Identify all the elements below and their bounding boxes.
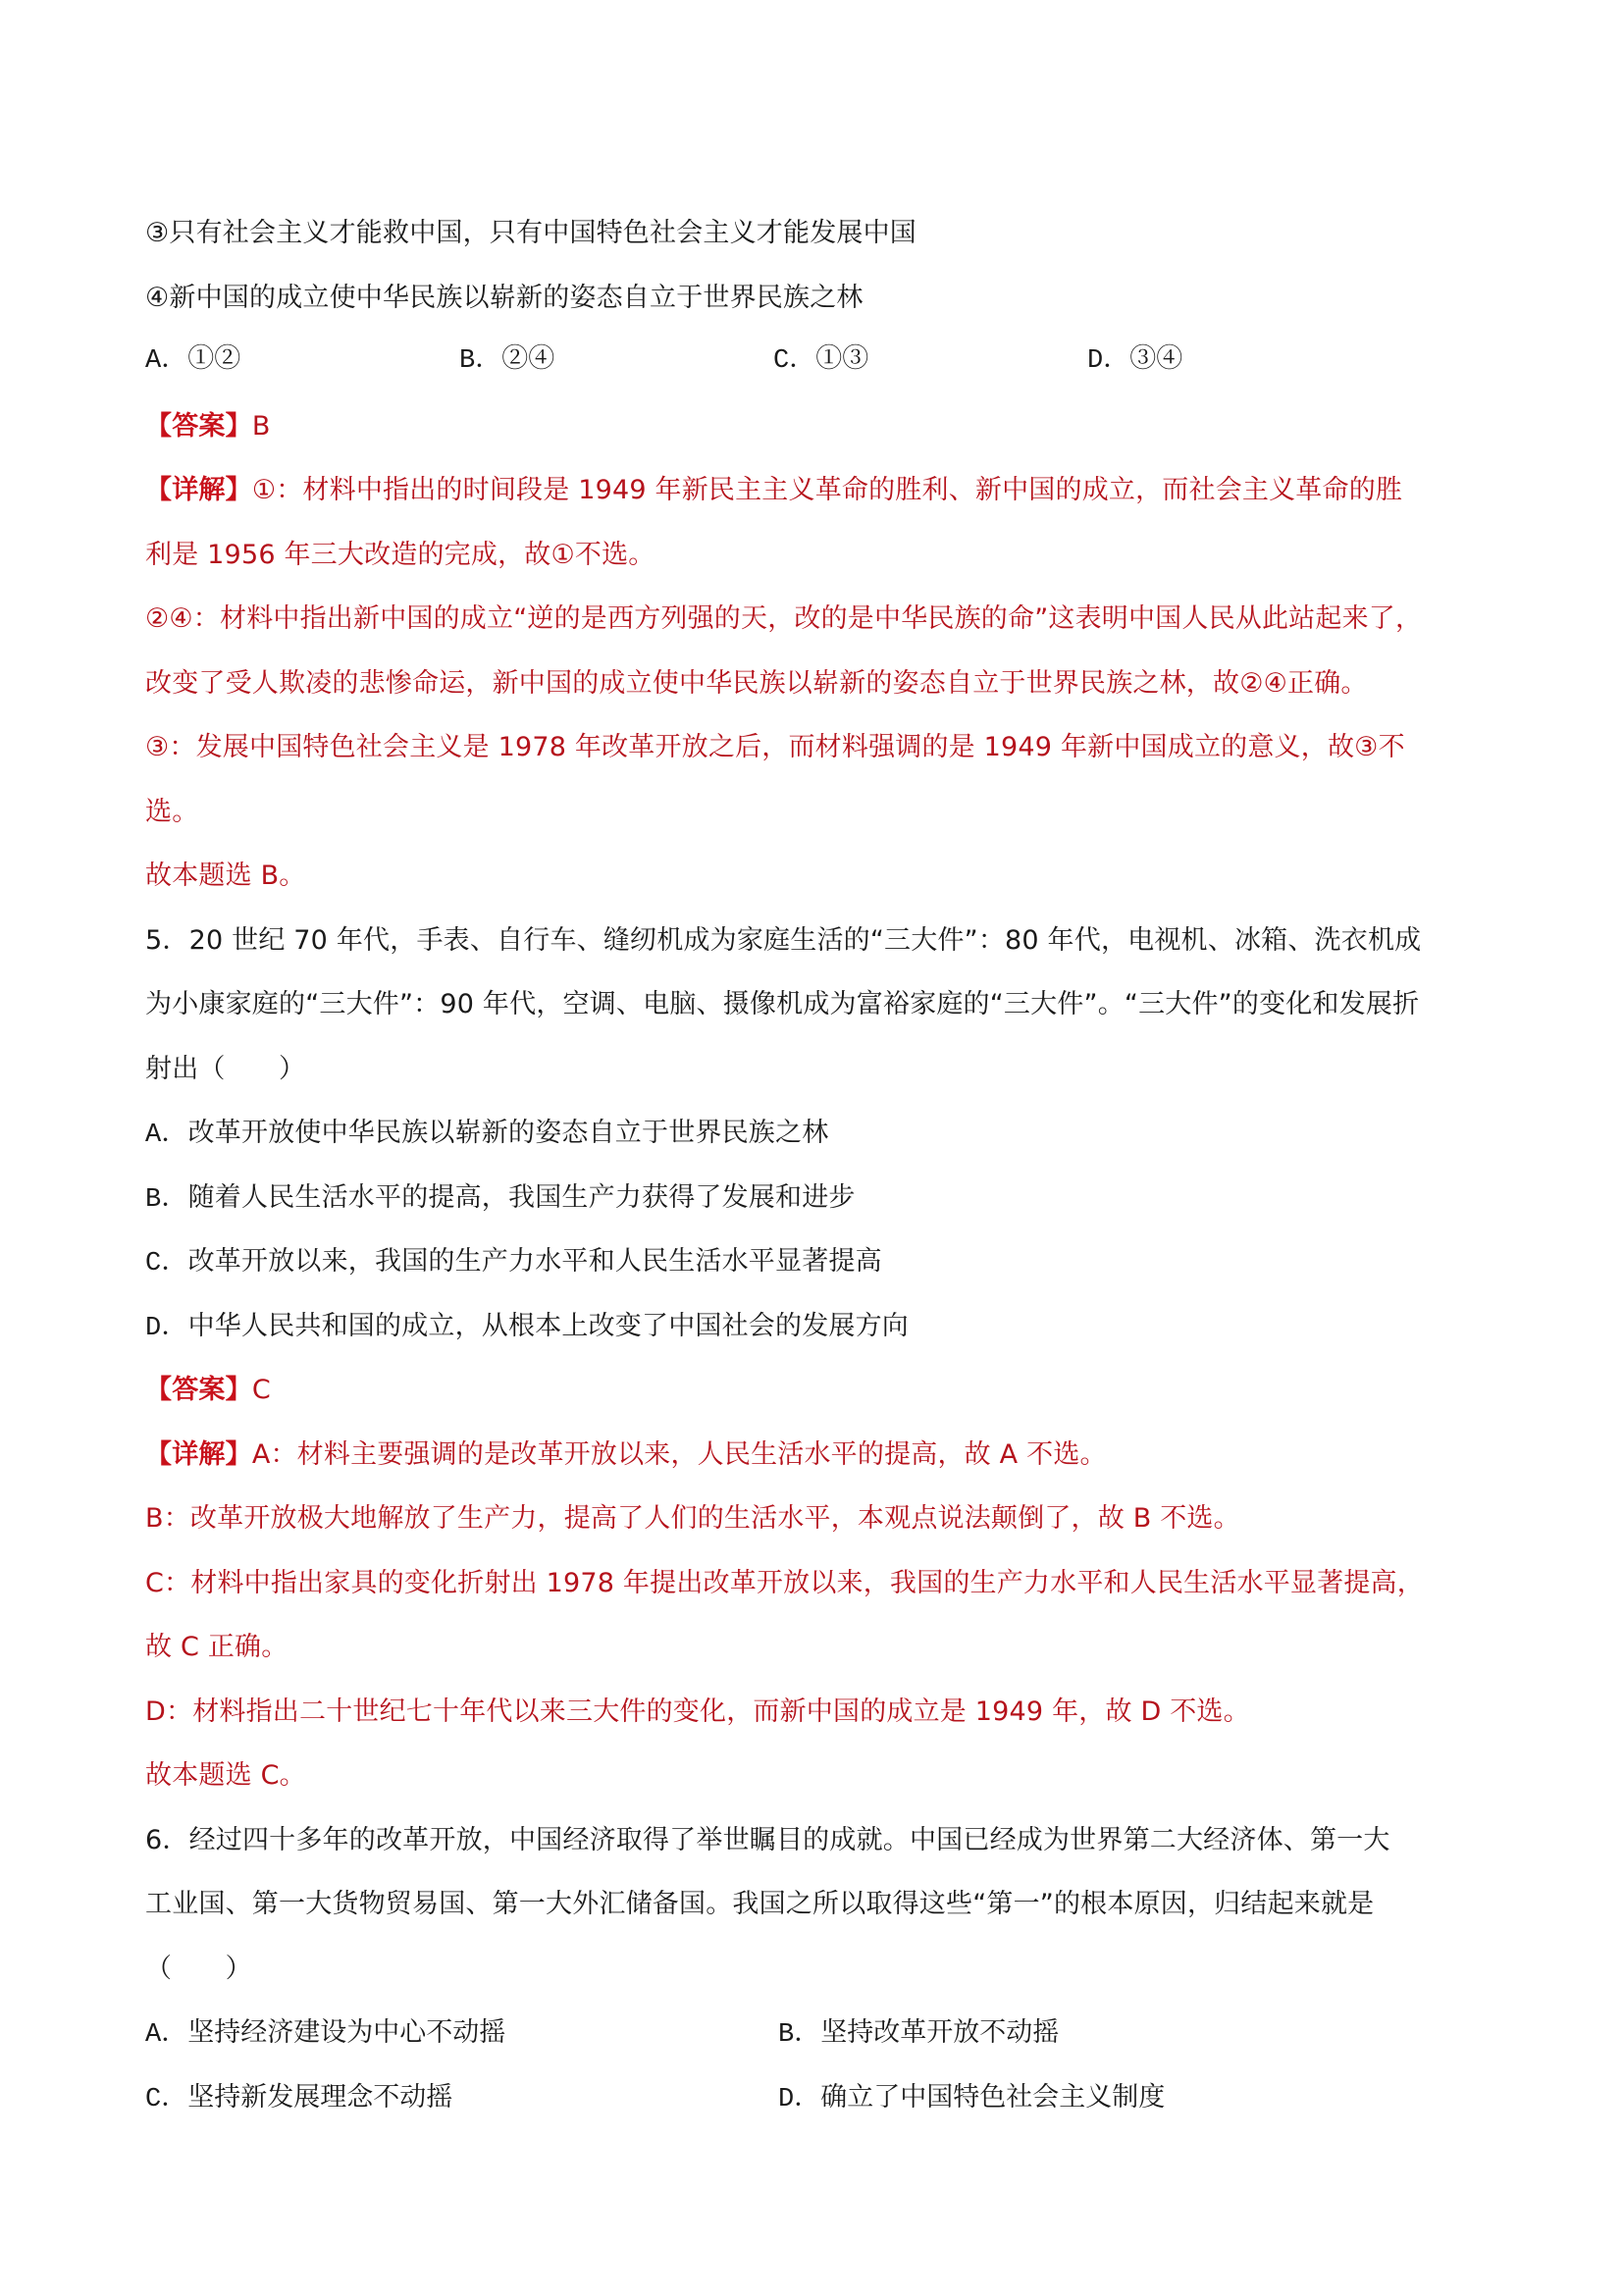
option-letter: C． (773, 346, 815, 376)
option-letter: C． (145, 2085, 187, 2114)
detail-text: A：材料主要强调的是改革开放以来，人民生活水平的提高，故 A 不选。 (252, 1439, 1107, 1470)
document-page: ③只有社会主义才能救中国，只有中国特色社会主义才能发展中国 ④新中国的成立使中华… (145, 201, 1490, 2129)
option-letter: A． (145, 2020, 187, 2050)
q4-option-c: C．①③ (773, 330, 1087, 394)
answer-value: B (252, 411, 271, 442)
option-letter: A． (145, 1121, 188, 1150)
q5-stem-line-3: 射出（ ） (145, 1037, 1490, 1102)
option-text: 坚持改革开放不动摇 (820, 2017, 1059, 2048)
option-text: ③④ (1129, 346, 1182, 376)
q4-detail-line-3: ②④：材料中指出新中国的成立“逆的是西方列强的天，改的是中华民族的命”这表明中国… (145, 587, 1490, 652)
answer-label: 【答案】 (145, 411, 252, 442)
q5-option-c: C．改革开放以来，我国的生产力水平和人民生活水平显著提高 (145, 1229, 1490, 1294)
option-text: 确立了中国特色社会主义制度 (820, 2082, 1165, 2113)
option-text: ②④ (501, 346, 554, 376)
detail-text: ①：材料中指出的时间段是 1949 年新民主主义革命的胜利、新中国的成立，而社会… (252, 475, 1402, 505)
statement-4: ④新中国的成立使中华民族以崭新的姿态自立于世界民族之林 (145, 266, 1490, 331)
option-letter: C． (145, 1249, 188, 1278)
q4-option-b: B．②④ (459, 330, 773, 394)
option-letter: A． (145, 346, 187, 376)
q4-detail-line-5: ③：发展中国特色社会主义是 1978 年改革开放之后，而材料强调的是 1949 … (145, 715, 1490, 780)
answer-label: 【答案】 (145, 1375, 252, 1405)
option-text: ①② (187, 346, 240, 376)
option-letter: D． (778, 2085, 820, 2114)
detail-label: 【详解】 (145, 1439, 252, 1470)
q6-option-c: C．坚持新发展理念不动摇 (145, 2065, 778, 2130)
answer-value: C (252, 1375, 271, 1405)
q5-stem-line-2: 为小康家庭的“三大件”：90 年代，空调、电脑、摄像机成为富裕家庭的“三大件”。… (145, 972, 1490, 1037)
q4-detail-line-6: 选。 (145, 780, 1490, 845)
detail-label: 【详解】 (145, 475, 252, 505)
option-text: 改革开放以来，我国的生产力水平和人民生活水平显著提高 (188, 1246, 882, 1277)
q4-answer: 【答案】B (145, 394, 1490, 459)
q4-option-d: D．③④ (1087, 330, 1401, 394)
q5-conclusion: 故本题选 C。 (145, 1744, 1490, 1808)
option-letter: D． (1087, 346, 1129, 376)
q6-option-b: B．坚持改革开放不动摇 (778, 2001, 1411, 2065)
q5-detail-line-4: 故 C 正确。 (145, 1615, 1490, 1680)
q6-stem-line-3: （ ） (145, 1937, 1490, 2002)
q6-options-row-2: C．坚持新发展理念不动摇 D．确立了中国特色社会主义制度 (145, 2065, 1490, 2130)
option-text: 改革开放使中华民族以崭新的姿态自立于世界民族之林 (188, 1118, 829, 1148)
statement-3: ③只有社会主义才能救中国，只有中国特色社会主义才能发展中国 (145, 201, 1490, 266)
option-text: 随着人民生活水平的提高，我国生产力获得了发展和进步 (188, 1182, 856, 1213)
q5-stem-line-1: 5．20 世纪 70 年代，手表、自行车、缝纫机成为家庭生活的“三大件”：80 … (145, 909, 1490, 973)
q5-option-b: B．随着人民生活水平的提高，我国生产力获得了发展和进步 (145, 1166, 1490, 1230)
q4-detail-line-1: 【详解】①：材料中指出的时间段是 1949 年新民主主义革命的胜利、新中国的成立… (145, 458, 1490, 523)
q5-detail-line-2: B：改革开放极大地解放了生产力，提高了人们的生活水平，本观点说法颠倒了，故 B … (145, 1487, 1490, 1551)
q4-detail-line-4: 改变了受人欺凌的悲惨命运，新中国的成立使中华民族以崭新的姿态自立于世界民族之林，… (145, 652, 1490, 716)
q5-answer: 【答案】C (145, 1358, 1490, 1423)
q5-detail-line-1: 【详解】A：材料主要强调的是改革开放以来，人民生活水平的提高，故 A 不选。 (145, 1423, 1490, 1487)
q6-stem-line-2: 工业国、第一大货物贸易国、第一大外汇储备国。我国之所以取得这些“第一”的根本原因… (145, 1872, 1490, 1937)
q5-detail-line-3: C：材料中指出家具的变化折射出 1978 年提出改革开放以来，我国的生产力水平和… (145, 1551, 1490, 1616)
option-text: 中华人民共和国的成立，从根本上改变了中国社会的发展方向 (188, 1311, 909, 1341)
option-letter: D． (145, 1314, 188, 1343)
q6-stem-line-1: 6．经过四十多年的改革开放，中国经济取得了举世瞩目的成就。中国已经成为世界第二大… (145, 1808, 1490, 1873)
q6-option-d: D．确立了中国特色社会主义制度 (778, 2065, 1411, 2130)
q5-detail-line-5: D：材料指出二十世纪七十年代以来三大件的变化，而新中国的成立是 1949 年，故… (145, 1680, 1490, 1745)
q5-option-d: D．中华人民共和国的成立，从根本上改变了中国社会的发展方向 (145, 1294, 1490, 1359)
q6-option-a: A．坚持经济建设为中心不动摇 (145, 2001, 778, 2065)
q5-option-a: A．改革开放使中华民族以崭新的姿态自立于世界民族之林 (145, 1101, 1490, 1166)
option-letter: B． (459, 346, 501, 376)
option-text: ①③ (815, 346, 868, 376)
option-letter: B． (145, 1185, 188, 1215)
q4-conclusion: 故本题选 B。 (145, 844, 1490, 909)
option-letter: B． (778, 2020, 820, 2050)
q4-detail-line-2: 利是 1956 年三大改造的完成，故①不选。 (145, 523, 1490, 588)
q6-options-row-1: A．坚持经济建设为中心不动摇 B．坚持改革开放不动摇 (145, 2001, 1490, 2065)
option-text: 坚持经济建设为中心不动摇 (187, 2017, 505, 2048)
option-text: 坚持新发展理念不动摇 (187, 2082, 452, 2113)
q4-options: A．①② B．②④ C．①③ D．③④ (145, 330, 1490, 394)
q4-option-a: A．①② (145, 330, 459, 394)
